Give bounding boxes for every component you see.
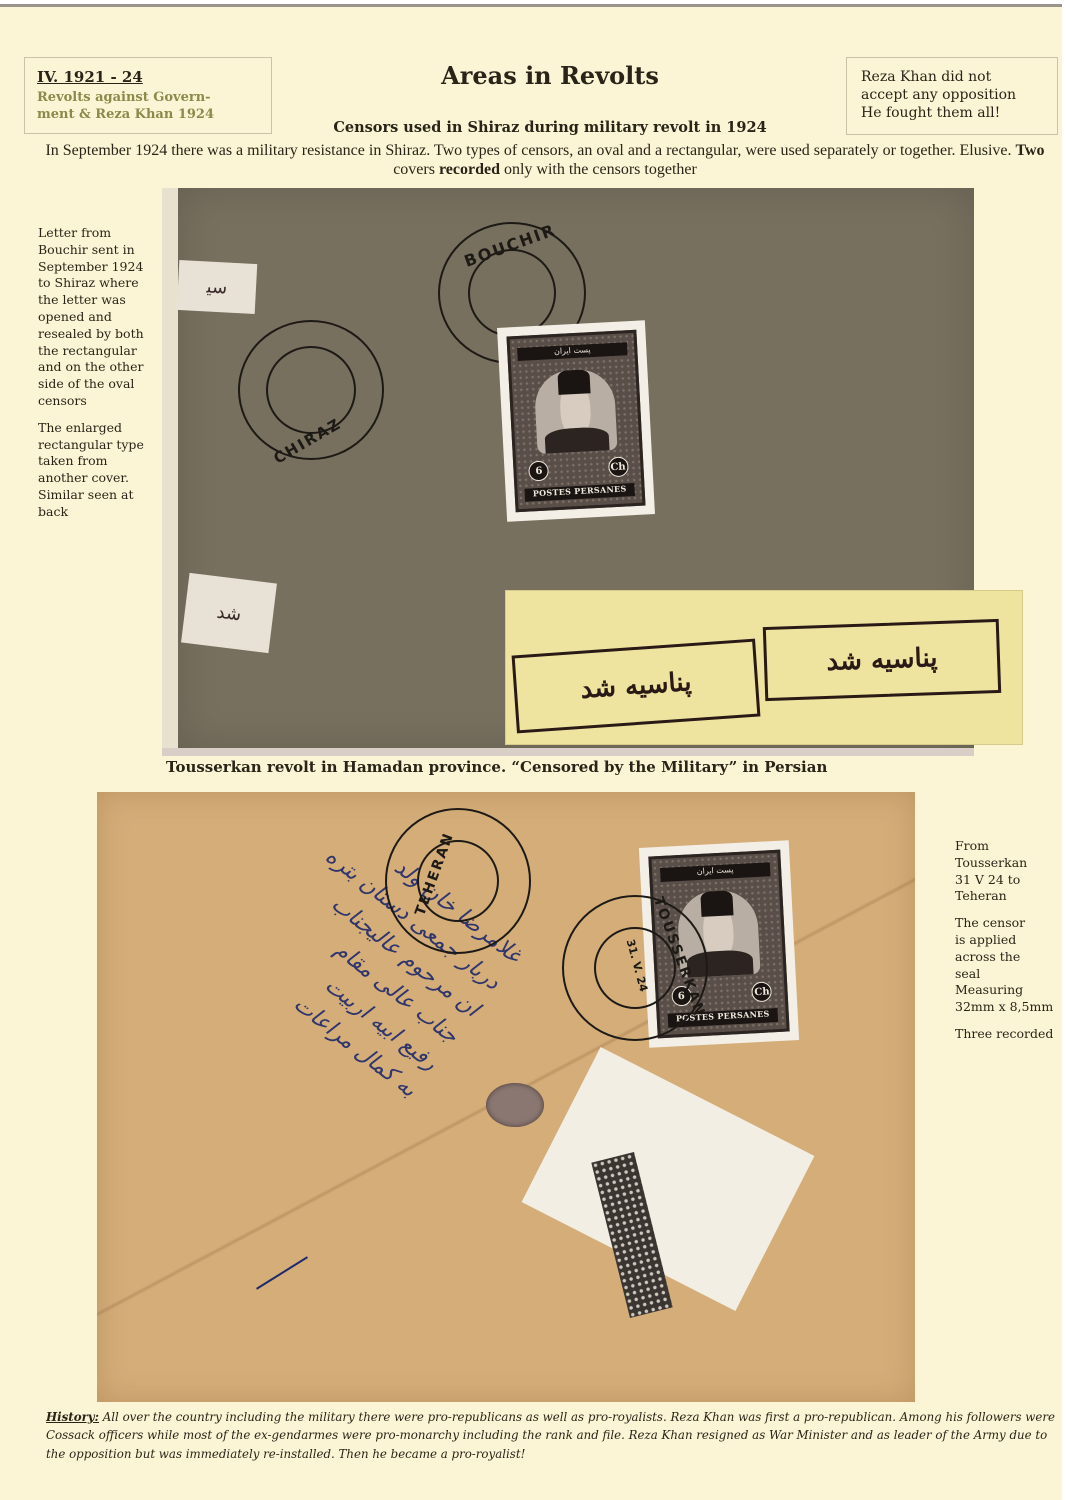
enlarged-rectangular-censor: پناسیه شد پناسیه شد bbox=[505, 590, 1023, 745]
censor-mark: پناسیه شد bbox=[763, 619, 1001, 701]
postmark-chiraz: CHIRAZ bbox=[238, 320, 384, 460]
cover2-description: From Tousserkan 31 V 24 to Teheran The c… bbox=[955, 838, 1070, 1043]
wax-seal bbox=[486, 1083, 544, 1127]
censor-mark: پناسیه شد bbox=[512, 639, 761, 734]
oval-censor-slip: ﺳﯿ bbox=[177, 260, 258, 314]
oval-censor-slip: ﺷﺪ bbox=[181, 573, 277, 653]
section1-heading: Censors used in Shiraz during military r… bbox=[0, 119, 1070, 136]
cover1-description: Letter from Bouchir sent in September 19… bbox=[38, 225, 148, 521]
section1-intro: In September 1924 there was a military r… bbox=[40, 141, 1050, 179]
postmark-teheran: TEHERAN bbox=[385, 808, 531, 954]
postage-stamp: ﭘﺴﺖ اﯾﺮان 6 Ch POSTES PERSANES bbox=[499, 322, 653, 519]
history-note: History: All over the country including … bbox=[46, 1408, 1056, 1463]
section2-heading: Tousserkan revolt in Hamadan province. “… bbox=[166, 758, 827, 776]
postmark-tousserkan: TOUSSERKAN 31. V. 24 bbox=[562, 895, 708, 1041]
section-subtitle: Revolts against Govern- ment & Reza Khan… bbox=[37, 89, 259, 123]
